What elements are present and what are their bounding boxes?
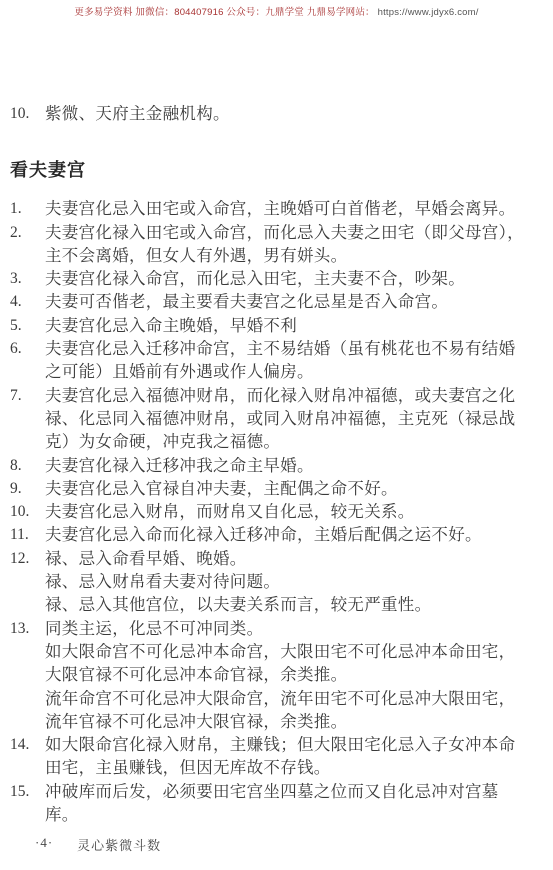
list-item-text: 冲破库而后发，必须要田宅宫坐四墓之位而又自化忌冲对宫墓	[45, 780, 546, 803]
list-item: 14. 如大限命宫化禄入财帛，主赚钱；但大限田宅化忌入子女冲本命 田宅，主虽赚钱…	[10, 733, 546, 780]
list-item-text: 禄、忌入命看早婚、晚婚。	[45, 547, 546, 570]
list-item-text: 流年命宫不可化忌冲大限命宫，流年田宅不可化忌冲大限田宅，	[45, 687, 546, 710]
page-content: 10. 紫微、天府主金融机构。 看夫妻宫 1. 夫妻宫化忌入田宅或入命宫，主晚婚…	[10, 102, 546, 826]
list-item-text: 夫妻宫化忌入田宅或入命宫，主晚婚可白首偕老，早婚会离异。	[45, 197, 546, 220]
list-item: 10. 夫妻宫化忌入财帛，而财帛又自化忌，较无关系。	[10, 500, 546, 523]
list-item-text: 主不会离婚，但女人有外遇，男有姘头。	[45, 244, 546, 267]
list-item: 12. 禄、忌入命看早婚、晚婚。 禄、忌入财帛看夫妻对待问题。 禄、忌入其他宫位…	[10, 547, 546, 617]
list-item-text: 禄、化忌同入福德冲财帛，或同入财帛冲福德，主克死（禄忌战	[45, 407, 546, 430]
list-item-number: 14.	[10, 733, 45, 756]
list-item-text: 克）为女命硬，冲克我之福德。	[45, 430, 546, 453]
numbered-list: 1. 夫妻宫化忌入田宅或入命宫，主晚婚可白首偕老，早婚会离异。 2. 夫妻宫化禄…	[10, 197, 546, 826]
list-item: 2. 夫妻宫化禄入田宅或入命宫，而化忌入夫妻之田宅（即父母宫）， 主不会离婚，但…	[10, 221, 546, 268]
list-item-text: 夫妻宫化忌入命而化禄入迁移冲命，主婚后配偶之运不好。	[45, 523, 546, 546]
list-item-text: 夫妻宫化忌入命主晚婚，早婚不利	[45, 314, 546, 337]
list-item-text: 夫妻可否偕老，最主要看夫妻宫之化忌星是否入命宫。	[45, 290, 546, 313]
list-item-number: 3.	[10, 267, 45, 290]
list-item: 11. 夫妻宫化忌入命而化禄入迁移冲命，主婚后配偶之运不好。	[10, 523, 546, 546]
list-item-number: 5.	[10, 314, 45, 337]
list-item-number: 7.	[10, 384, 45, 407]
list-item-number: 1.	[10, 197, 45, 220]
list-item-text: 禄、忌入财帛看夫妻对待问题。	[45, 570, 546, 593]
list-item-text: 田宅，主虽赚钱，但因无库故不存钱。	[45, 756, 546, 779]
list-item: 1. 夫妻宫化忌入田宅或入命宫，主晚婚可白首偕老，早婚会离异。	[10, 197, 546, 220]
list-item-number: 10.	[10, 500, 45, 523]
list-item: 3. 夫妻宫化禄入命宫，而化忌入田宅，主夫妻不合，吵架。	[10, 267, 546, 290]
list-item: 13. 同类主运，化忌不可冲同类。 如大限命宫不可化忌冲本命宫，大限田宅不可化忌…	[10, 617, 546, 733]
list-item: 7. 夫妻宫化忌入福德冲财帛，而化禄入财帛冲福德，或夫妻宫之化 禄、化忌同入福德…	[10, 384, 546, 454]
section-title: 看夫妻宫	[10, 158, 546, 182]
header-promo-text: 更多易学资料 加微信：804407916 公众号：九鼎学堂 九鼎易学网站：	[74, 7, 374, 18]
list-item: 4. 夫妻可否偕老，最主要看夫妻宫之化忌星是否入命宫。	[10, 290, 546, 313]
list-item-text: 库。	[45, 803, 546, 826]
list-item: 5. 夫妻宫化忌入命主晚婚，早婚不利	[10, 314, 546, 337]
page-footer: ·4· 灵心紫微斗数	[35, 835, 161, 854]
list-item-text: 禄、忌入其他宫位，以夫妻关系而言，较无严重性。	[45, 593, 546, 616]
list-item-text: 夫妻宫化禄入田宅或入命宫，而化忌入夫妻之田宅（即父母宫），	[45, 221, 546, 244]
list-item-text: 夫妻宫化忌入福德冲财帛，而化禄入财帛冲福德，或夫妻宫之化	[45, 384, 546, 407]
list-item: 15. 冲破库而后发，必须要田宅宫坐四墓之位而又自化忌冲对宫墓 库。	[10, 780, 546, 827]
list-item: 8. 夫妻宫化禄入迁移冲我之命主早婚。	[10, 454, 546, 477]
list-item-text: 夫妻宫化禄入迁移冲我之命主早婚。	[45, 454, 546, 477]
list-item-text: 大限官禄不可化忌冲本命官禄，余类推。	[45, 663, 546, 686]
book-title: 灵心紫微斗数	[77, 835, 161, 854]
header-url: https://www.jdyx6.com/	[378, 7, 479, 18]
list-item-number: 13.	[10, 617, 45, 640]
list-item-text: 同类主运，化忌不可冲同类。	[45, 617, 546, 640]
page-number: ·4·	[35, 835, 53, 854]
list-item-text: 如大限命宫不可化忌冲本命宫，大限田宅不可化忌冲本命田宅，	[45, 640, 546, 663]
list-item-number: 8.	[10, 454, 45, 477]
list-item-text: 夫妻宫化忌入财帛，而财帛又自化忌，较无关系。	[45, 500, 546, 523]
list-item-text: 流年官禄不可化忌冲大限官禄，余类推。	[45, 710, 546, 733]
list-item-text: 夫妻宫化忌入官禄自冲夫妻，主配偶之命不好。	[45, 477, 546, 500]
list-item: 10. 紫微、天府主金融机构。	[10, 102, 546, 125]
list-item-text: 如大限命宫化禄入财帛，主赚钱；但大限田宅化忌入子女冲本命	[45, 733, 546, 756]
list-item-text: 夫妻宫化禄入命宫，而化忌入田宅，主夫妻不合，吵架。	[45, 267, 546, 290]
list-item-number: 6.	[10, 337, 45, 360]
list-item-text: 紫微、天府主金融机构。	[45, 102, 546, 125]
list-item-number: 12.	[10, 547, 45, 570]
list-item-number: 15.	[10, 780, 45, 803]
list-item-number: 11.	[10, 523, 45, 546]
list-item-number: 9.	[10, 477, 45, 500]
list-item-number: 2.	[10, 221, 45, 244]
page-header: 更多易学资料 加微信：804407916 公众号：九鼎学堂 九鼎易学网站： ht…	[0, 4, 553, 18]
list-item-number: 10.	[10, 102, 45, 125]
list-item-text: 之可能）且婚前有外遇或作人偏房。	[45, 360, 546, 383]
list-item-number: 4.	[10, 290, 45, 313]
list-item: 6. 夫妻宫化忌入迁移冲命宫，主不易结婚（虽有桃花也不易有结婚 之可能）且婚前有…	[10, 337, 546, 384]
list-item-text: 夫妻宫化忌入迁移冲命宫，主不易结婚（虽有桃花也不易有结婚	[45, 337, 546, 360]
list-item: 9. 夫妻宫化忌入官禄自冲夫妻，主配偶之命不好。	[10, 477, 546, 500]
